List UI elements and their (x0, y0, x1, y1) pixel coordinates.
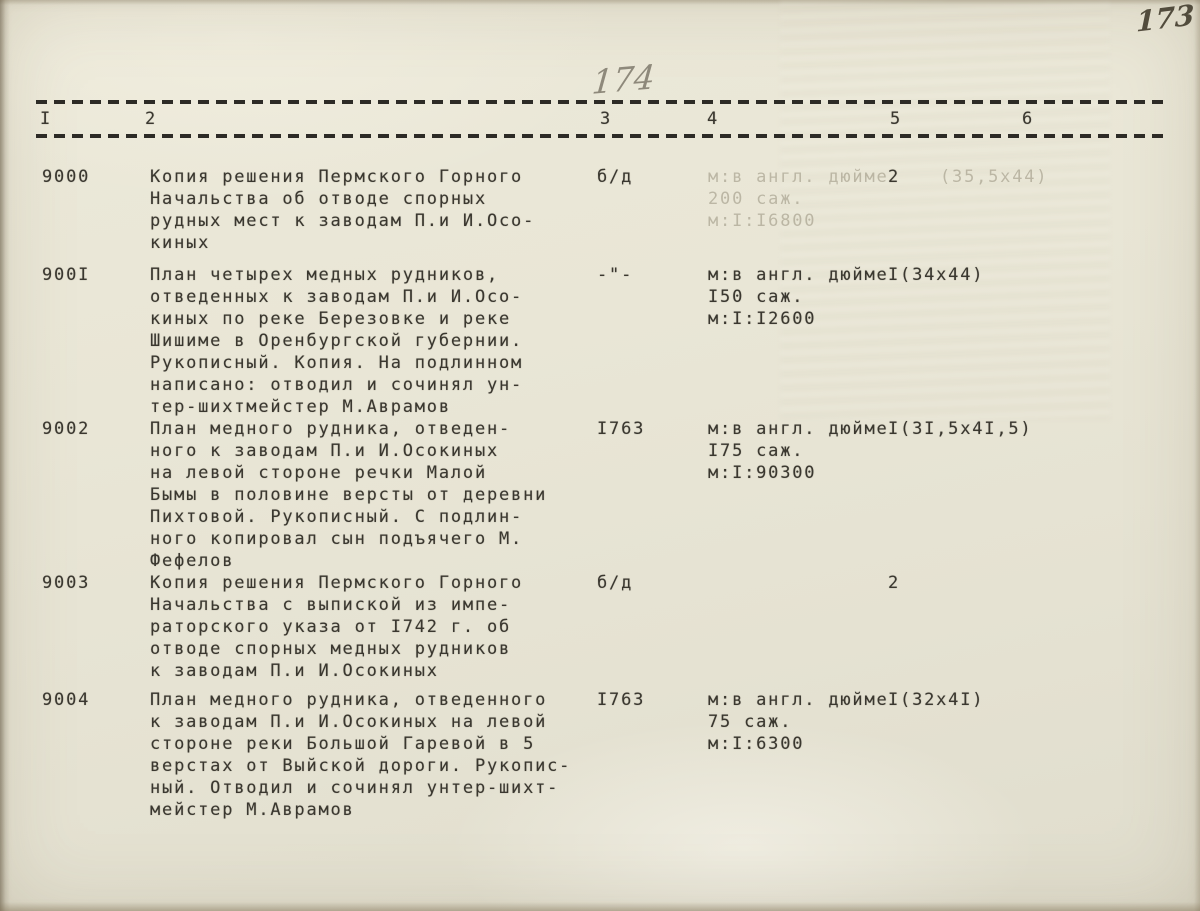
description-line: ный. Отводил и сочинял унтер-шихт- (150, 777, 600, 799)
entry-date: I763 (597, 418, 645, 440)
description-line: Шишиме в Оренбургской губернии. (150, 330, 600, 352)
column-header-6: 6 (1022, 108, 1034, 130)
column-header-3: 3 (600, 108, 612, 130)
description-line: верстах от Выйской дороги. Рукопис- (150, 755, 600, 777)
description-line: мейстер М.Аврамов (150, 799, 600, 821)
description-line: ного к заводам П.и И.Осокиных (150, 440, 600, 462)
scale-line: I50 саж. (708, 286, 908, 308)
entry-number: 9004 (42, 689, 90, 711)
scale-line: м:в англ. дюйме (708, 689, 908, 711)
entry-sheets: 2 (888, 572, 1088, 594)
column-header-4: 4 (707, 108, 719, 130)
description-line: Копия решения Пермского Горного (150, 166, 600, 188)
description-line: Начальства с выпиской из импе- (150, 594, 600, 616)
description-line: Копия решения Пермского Горного (150, 572, 600, 594)
entry-date: -"- (597, 264, 633, 286)
entry-description: Копия решения Пермского ГорногоНачальств… (150, 166, 600, 254)
description-line: ного копировал сын подъячего М. (150, 528, 600, 550)
scale-line: 75 саж. (708, 711, 908, 733)
entry-description: План медного рудника, отведен-ного к зав… (150, 418, 600, 572)
entry-scale: м:в англ. дюймеI75 саж.м:I:90300 (708, 418, 908, 484)
ghost-line: м:I:I6800 (708, 210, 908, 232)
entry-description: План четырех медных рудников,отведенных … (150, 264, 600, 418)
ghost-line: м:в англ. дюйме (708, 166, 908, 188)
description-line: киных по реке Березовке и реке (150, 308, 600, 330)
description-line: стороне реки Большой Гаревой в 5 (150, 733, 600, 755)
scale-line: м:в англ. дюйме (708, 264, 908, 286)
entry-date: б/д (597, 572, 633, 594)
scale-line: м:I:I2600 (708, 308, 908, 330)
entry-scale: м:в англ. дюйме75 саж.м:I:6300 (708, 689, 908, 755)
description-line: рудных мест к заводам П.и И.Осо- (150, 210, 600, 232)
description-line: киных (150, 232, 600, 254)
description-line: отведенных к заводам П.и И.Осо- (150, 286, 600, 308)
bleed-through-scale-text: м:в англ. дюйме200 саж.м:I:I6800 (708, 166, 908, 232)
entry-number: 900I (42, 264, 90, 286)
description-line: к заводам П.и И.Осокиных (150, 660, 600, 682)
entry-description: Копия решения Пермского ГорногоНачальств… (150, 572, 600, 682)
entry-sheets: I(32х4I) (888, 689, 1088, 711)
entry-number: 9002 (42, 418, 90, 440)
column-header-2: 2 (145, 108, 157, 130)
scale-line: I75 саж. (708, 440, 908, 462)
bleed-through-sheets-text: (35,5х44) (940, 166, 1048, 188)
entry-date: I763 (597, 689, 645, 711)
description-line: Начальства об отводе спорных (150, 188, 600, 210)
column-header-5: 5 (890, 108, 902, 130)
handwritten-page-number-174: 174 (590, 57, 656, 102)
scale-line: м:в англ. дюйме (708, 418, 908, 440)
entry-scale: м:в англ. дюймеI50 саж.м:I:I2600 (708, 264, 908, 330)
entry-number: 9003 (42, 572, 90, 594)
table-rule-bottom (36, 134, 1168, 138)
entry-description: План медного рудника, отведенногок завод… (150, 689, 600, 821)
description-line: тер-шихтмейстер М.Аврамов (150, 396, 600, 418)
handwritten-page-number-173: 173 (1136, 0, 1195, 39)
description-line: Пихтовой. Рукописный. С подлин- (150, 506, 600, 528)
description-line: к заводам П.и И.Осокиных на левой (150, 711, 600, 733)
scale-line: м:I:90300 (708, 462, 908, 484)
page-bottom-edge-shadow (0, 902, 1200, 911)
description-line: Бымы в половине версты от деревни (150, 484, 600, 506)
entry-date: б/д (597, 166, 633, 188)
table-rule-top (36, 100, 1168, 104)
description-line: Фефелов (150, 550, 600, 572)
entry-sheets: I(34х44) (888, 264, 1088, 286)
page-right-edge-shadow (1194, 0, 1200, 911)
description-line: отводе спорных медных рудников (150, 638, 600, 660)
column-header-1: I (40, 108, 52, 130)
description-line: написано: отводил и сочинял ун- (150, 374, 600, 396)
ghost-line: 200 саж. (708, 188, 908, 210)
description-line: Рукописный. Копия. На подлинном (150, 352, 600, 374)
entry-sheets: I(3I,5х4I,5) (888, 418, 1088, 440)
scale-line: м:I:6300 (708, 733, 908, 755)
description-line: на левой стороне речки Малой (150, 462, 600, 484)
description-line: План медного рудника, отведен- (150, 418, 600, 440)
description-line: План медного рудника, отведенного (150, 689, 600, 711)
page-left-edge-shadow (0, 0, 10, 911)
scanned-archive-inventory-page: 173 174 I 2 3 4 5 6 9000 Копия решения П… (0, 0, 1200, 911)
page-top-edge-shadow (0, 0, 1200, 5)
description-line: План четырех медных рудников, (150, 264, 600, 286)
description-line: раторского указа от I742 г. об (150, 616, 600, 638)
entry-number: 9000 (42, 166, 90, 188)
